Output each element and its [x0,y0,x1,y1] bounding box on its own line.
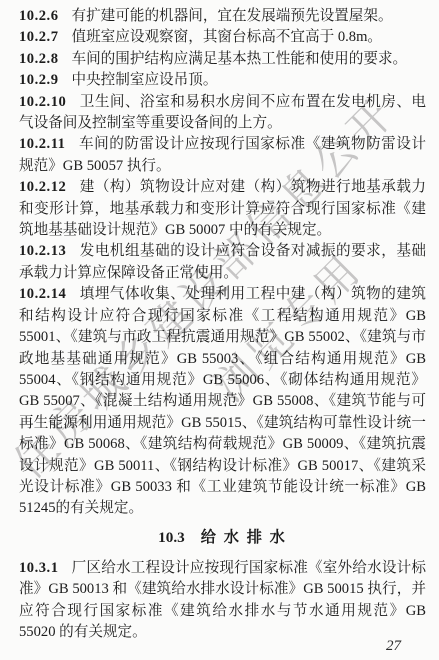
clause-10-2-11: 10.2.11车间的防雷设计应按现行国家标准《建筑物防雷设计规范》GB 5005… [19,134,426,177]
clause-number: 10.2.13 [19,243,66,259]
clause-10-2-9: 10.2.9中央控制室应设吊顶。 [19,70,426,91]
clause-10-2-14: 10.2.14填埋气体收集、处理利用工程中建（构）筑物的建筑和结构设计应符合现行… [19,284,426,519]
clause-10-2-12: 10.2.12建（构）筑物设计应对建（构）筑物进行地基承载力和变形计算，地基承载… [19,177,426,241]
clause-text: 发电机组基础的设计应符合设备对减振的要求，基础承载力计算应保障设备正常使用。 [19,243,426,280]
clause-number: 10.2.12 [19,179,66,195]
clause-number: 10.2.10 [19,94,66,110]
clause-text: 有扩建可能的机器间，宜在发展端预先设置屋架。 [71,8,392,24]
clause-number: 10.2.9 [19,72,58,88]
clause-text: 卫生间、浴室和易积水房间不应布置在发电机房、电气设备间及控制室等重要设备间的上方… [19,94,426,131]
clause-number: 10.2.7 [19,29,58,45]
clause-number: 10.2.6 [19,8,58,24]
clause-10-2-6: 10.2.6有扩建可能的机器间，宜在发展端预先设置屋架。 [19,6,426,27]
clause-number: 10.3.1 [19,560,58,576]
clause-text: 厂区给水工程设计应按现行国家标准《室外给水设计标准》GB 50013 和《建筑给… [19,560,426,640]
clause-10-2-7: 10.2.7值班室应设观察窗，其窗台标高不宜高于 0.8m。 [19,27,426,48]
clause-text: 建（构）筑物设计应对建（构）筑物进行地基承载力和变形计算，地基承载力和变形计算应… [19,179,426,238]
section-title: 给 水 排 水 [201,529,287,546]
clause-10-2-10: 10.2.10卫生间、浴室和易积水房间不应布置在发电机房、电气设备间及控制室等重… [19,92,426,135]
clause-number: 10.2.8 [19,51,58,67]
clause-text: 值班室应设观察窗，其窗台标高不宜高于 0.8m。 [71,29,382,45]
section-heading: 10.3给 水 排 水 [19,527,426,549]
section-number: 10.3 [158,529,185,546]
clause-text: 车间的围护结构应满足基本热工性能和使用的要求。 [71,51,407,67]
page-number: 27 [386,638,401,655]
clause-10-3-1: 10.3.1厂区给水工程设计应按现行国家标准《室外给水设计标准》GB 50013… [19,558,426,644]
document-page: 10.2.6有扩建可能的机器间，宜在发展端预先设置屋架。 10.2.7值班室应设… [0,0,439,643]
clause-10-2-13: 10.2.13发电机组基础的设计应符合设备对减振的要求，基础承载力计算应保障设备… [19,241,426,284]
clause-text: 中央控制室应设吊顶。 [71,72,217,88]
clause-number: 10.2.11 [19,136,65,152]
clause-text: 填埋气体收集、处理利用工程中建（构）筑物的建筑和结构设计应符合现行国家标准《工程… [19,286,426,516]
clause-10-2-8: 10.2.8车间的围护结构应满足基本热工性能和使用的要求。 [19,49,426,70]
clause-number: 10.2.14 [19,286,66,302]
clause-text: 车间的防雷设计应按现行国家标准《建筑物防雷设计规范》GB 50057 执行。 [19,136,426,173]
